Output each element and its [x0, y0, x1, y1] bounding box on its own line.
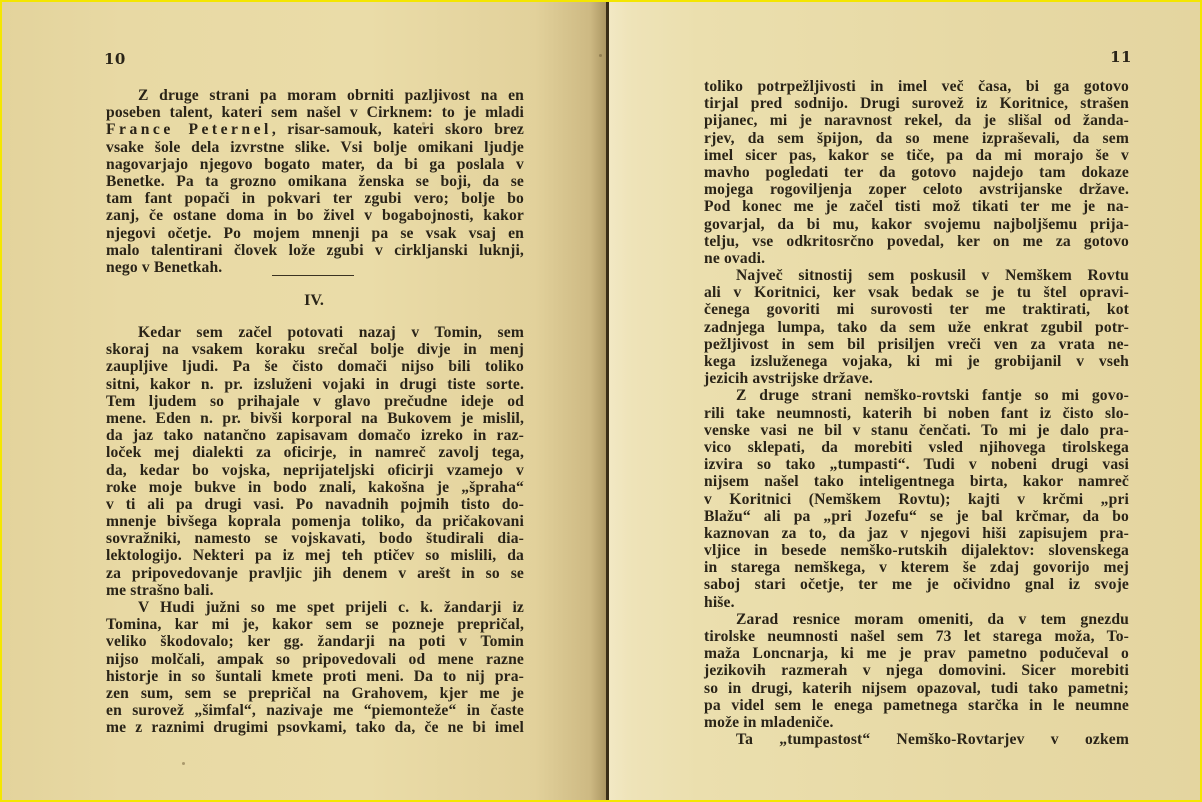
text-line: roke moje bukve in bodo znali, kakošna j… [106, 479, 524, 496]
text-line: rili take neumnosti, katerih bi noben fa… [704, 405, 1129, 422]
text-line: zen sum, sem se prepričal na Grahovem, k… [106, 685, 524, 702]
text-line: tirolske neumnosti našel sem 73 let star… [704, 628, 1129, 645]
text-line: V Hudi južni so me spet prijeli c. k. ža… [106, 599, 524, 616]
person-name: France Peternel [106, 121, 272, 138]
text-line: saboj stari očetje, ter me je očividno g… [704, 576, 1129, 593]
text-line: tam fant popači in pokvari ter zgubi ver… [106, 190, 524, 207]
chapter-heading: IV. [2, 292, 626, 310]
text-line: maža Loncnarja, ki me je prav pametno po… [704, 645, 1129, 662]
right-page: 11 toliko potrpežljivosti in imel več ča… [609, 2, 1200, 800]
text-line: zadnjega lumpa, tako da sem uže enkrat z… [704, 319, 1129, 336]
section-divider [272, 275, 354, 276]
text-line: nijsem našel tako inteligentnega birta, … [704, 473, 1129, 490]
text-line: v ti ali pa drugi vasi. Po navadnih pojm… [106, 496, 524, 513]
text-line: poseben talent, kateri sem našel v Cirkn… [106, 104, 524, 121]
text-line: vico sklepati, da morebiti vsled njihove… [704, 439, 1129, 456]
text-line: hiše. [704, 594, 1129, 611]
text-line: lektologijo. Nekteri pa iz mej teh ptiče… [106, 547, 524, 564]
page-number: 11 [1110, 48, 1132, 66]
page-number: 10 [104, 50, 126, 68]
text-line: sovražniki, namesto se vojskavati, bodo … [106, 530, 524, 547]
text-line: loček mej dialekti za oficirje, in namre… [106, 444, 524, 461]
text-line: govarjal, da bi mu, kakor svojemu najbol… [704, 216, 1129, 233]
text-line: me strašno bali. [106, 582, 524, 599]
text-line: mnenje bivšega koprala pomenja toliko, d… [106, 513, 524, 530]
text-line: da jaz tako natančno zapisavam domačo iz… [106, 427, 524, 444]
text-line: zanj, če ostane doma in bo živel v bogab… [106, 207, 524, 224]
text-line: jezikovih razmerah v njega domovini. Sic… [704, 662, 1129, 679]
text-line: nagovarjajo njegovo bogato mater, da bi … [106, 156, 524, 173]
paragraph: Z druge strani pa moram obrniti pazljivo… [106, 87, 524, 276]
text-line: tirjal pred sodnijo. Drugi surovež iz Ko… [704, 95, 1129, 112]
text-line: in starega nemškega, v kterem še zdaj go… [704, 559, 1129, 576]
paragraph-group: Kedar sem začel potovati nazaj v Tomin, … [106, 324, 524, 737]
left-page: 10 Z druge strani pa moram obrniti pazlj… [2, 2, 608, 800]
text-line: sitni, kakor n. pr. izsluženi vojaki in … [106, 376, 524, 393]
text-line: ali v Koritnici, ker vsak bedak se je tu… [704, 284, 1129, 301]
text-line: nego v Benetkah. [106, 259, 524, 276]
text-line: kega izsluženega vojaka, ki mi je grobij… [704, 353, 1129, 370]
paper-speck [845, 737, 848, 740]
text-line: pa videl sem le enega pametnega starčka … [704, 697, 1129, 714]
text-line: Blažu“ ali pa „pri Jozefu“ se je bal krč… [704, 508, 1129, 525]
text-line: Zarad resnice moram omeniti, da v tem gn… [704, 611, 1129, 628]
text-line: Tem ljudem so prihajale v glavo prečudne… [106, 393, 524, 410]
text-line: Pod konec me je začel tisti mož tikati t… [704, 198, 1129, 215]
text-line: Kedar sem začel potovati nazaj v Tomin, … [106, 324, 524, 341]
text-line: en surovež „šimfal“, nazivaje me “piemon… [106, 702, 524, 719]
text-line: me z raznimi drugimi psovkami, tako da, … [106, 719, 524, 736]
book-spread-scan: 10 Z druge strani pa moram obrniti pazlj… [2, 2, 1200, 800]
text-line: skoraj na vsakem koraku srečal bolje div… [106, 341, 524, 358]
text-line: može in mladeniče. [704, 714, 1129, 731]
text-line: Benetke. Pa ta grozno omikana ženska se … [106, 173, 524, 190]
text-line: mavho pogledati ter da gotovo najdejo ta… [704, 164, 1129, 181]
text-line: njegovi očetje. Po mojem mnenji pa se vs… [106, 225, 524, 242]
text-line: telju, vse odkritosrčno povedal, ker on … [704, 233, 1129, 250]
text-line: v Koritnici (Nemškem Rovtu); kajti v krč… [704, 491, 1129, 508]
text-line: Največ sitnostij sem poskusil v Nemškem … [704, 267, 1129, 284]
text-line: venske vasi ne bil v stanu čenčati. To m… [704, 422, 1129, 439]
text-line: pežljivost in sem bil prisiljen vreči ve… [704, 336, 1129, 353]
text-line: čenega govoriti mi surovosti ter me trak… [704, 301, 1129, 318]
text-line: izvira so tako „tumpasti“. Tudi v nobeni… [704, 456, 1129, 473]
text-line: mojega rogoviljenja zoper celoto avstrij… [704, 181, 1129, 198]
text-line: vsake šole dela izvrstne slike. Vsi bolj… [106, 139, 524, 156]
text-line: malo talentirani človek lože zgubi v cir… [106, 242, 524, 259]
text-line: kaznovan za to, da jaz v njegovi hiši za… [704, 525, 1129, 542]
text-line: Tomina, kar mi je, kakor sem se pozneje … [106, 616, 524, 633]
text-line: zaupljive ljudi. Pa še čisto domači nijs… [106, 358, 524, 375]
text-line-spaced-name: France Peternel, risar-samouk, kateri sk… [106, 121, 524, 138]
text-line: historje in so šuntali kmete proti meni.… [106, 668, 524, 685]
text-line: ne ovadi. [704, 250, 1129, 267]
paper-speck [182, 762, 185, 765]
text-line: jezicih avstrijske države. [704, 370, 1129, 387]
paragraph-group: toliko potrpežljivosti in imel več časa,… [704, 78, 1129, 748]
text-line: rjev, da sem špijon, da so mene izprašev… [704, 130, 1129, 147]
text-line: nijso molčali, ampak so pripovedovali od… [106, 651, 524, 668]
text-line: toliko potrpežljivosti in imel več časa,… [704, 78, 1129, 95]
text-line: imel sicer pas, kakor se tiče, pa da mi … [704, 147, 1129, 164]
text-line: Z druge strani pa moram obrniti pazljivo… [106, 87, 524, 104]
text-line: Z druge strani nemško-rovtski fantje so … [704, 387, 1129, 404]
text-line: mene. Eden n. pr. bivši korporal na Buko… [106, 410, 524, 427]
paper-speck [599, 54, 602, 57]
paper-speck [422, 122, 425, 125]
text-line: da, kedar bo vojska, neprijateljski ofic… [106, 462, 524, 479]
text-line: za pripovedovanje pravljic jih denem v a… [106, 565, 524, 582]
text-line: Ta „tumpastost“ Nemško-Rovtarjev v ozkem [704, 731, 1129, 748]
text-line: vljice in besede nemško-rutskih dijalekt… [704, 542, 1129, 559]
text-line: pijanec, mi je naravnost rekel, da je sl… [704, 112, 1129, 129]
text-line: veliko škodovalo; ker gg. žandarji na po… [106, 633, 524, 650]
text-line: so in drugi, katerih nijsem opazoval, tu… [704, 680, 1129, 697]
